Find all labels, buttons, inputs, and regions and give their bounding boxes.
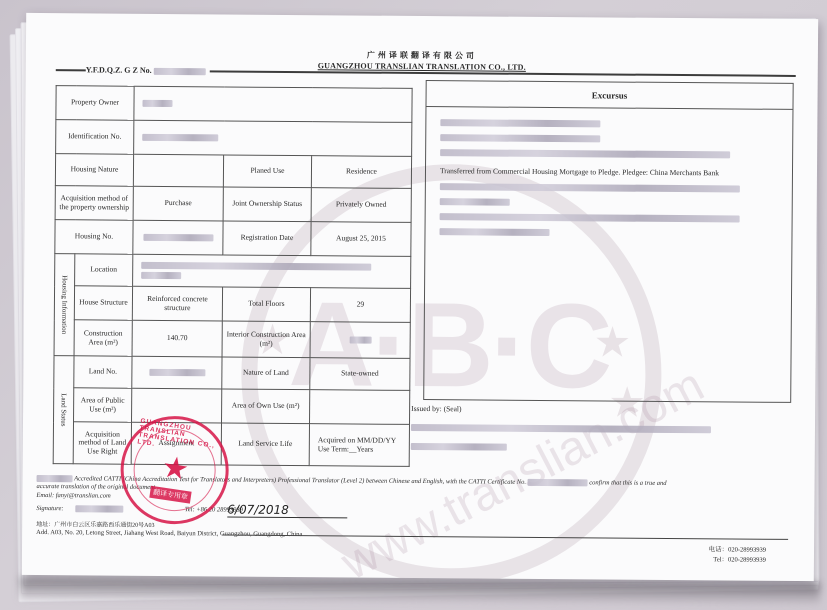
land-status-group: Land Status <box>53 356 74 464</box>
excursus-box: Excursus Transferred from Commercial Hou… <box>423 80 794 403</box>
contact-block: 电话：020-28993939 Tel：020-28993939 <box>708 545 766 565</box>
location-label: Location <box>75 254 133 286</box>
own-use-label: Area of Own Use (m²) <box>222 389 310 424</box>
identification-value <box>134 120 412 156</box>
nature-of-land-value: State-owned <box>310 358 410 391</box>
housing-nature-value <box>133 154 223 187</box>
tel-en: Tel：020-28993939 <box>708 555 765 565</box>
acquisition-value: Purchase <box>133 186 223 221</box>
stack-shadow <box>20 577 820 605</box>
planed-use-value: Residence <box>311 156 411 189</box>
seal-star-icon: ★ <box>159 449 191 488</box>
joint-ownership-label: Joint Ownership Status <box>223 187 311 222</box>
nature-of-land-label: Nature of Land <box>222 357 310 390</box>
property-info-table: Property Owner Identification No. Housin… <box>53 85 413 467</box>
construction-area-value: 140.70 <box>132 320 222 357</box>
tel-cn: 电话：020-28993939 <box>709 545 766 555</box>
house-structure-value: Reinforced concrete structure <box>132 286 222 321</box>
joint-ownership-value: Privately Owned <box>311 188 411 223</box>
address-en: Add. A03, No. 20, Letong Street, Jiahang… <box>36 529 302 538</box>
housing-information-group: Housing Information <box>54 254 75 356</box>
identification-label: Identification No. <box>56 120 134 155</box>
total-floors-value: 29 <box>310 288 410 323</box>
document-number-label: Y.F.D.Q.Z. G Z No. <box>86 65 152 75</box>
house-structure-label: House Structure <box>74 286 132 320</box>
construction-area-label: Construction Area (m²) <box>74 320 132 356</box>
land-service-life-value: Acquired on MM/DD/YY Use Term:__Years <box>309 424 409 467</box>
own-use-value <box>310 390 410 425</box>
property-owner-value <box>134 86 412 122</box>
signature-label: Signature: <box>36 505 63 512</box>
excursus-pledge-note: Transferred from Commercial Housing Mort… <box>440 166 778 178</box>
registration-date-value: August 25, 2015 <box>311 222 411 257</box>
excursus-body: Transferred from Commercial Housing Mort… <box>425 107 792 254</box>
location-value <box>133 254 411 288</box>
interior-area-value <box>310 322 410 359</box>
redacted-value <box>154 68 206 75</box>
total-floors-label: Total Floors <box>222 287 310 322</box>
land-no-value <box>132 356 222 389</box>
issued-by-label: Issued by: (Seal) <box>411 404 461 413</box>
housing-nature-label: Housing Nature <box>55 154 133 187</box>
certification-email: Email: fanyi@translian.com <box>36 492 110 500</box>
issued-by-value <box>411 418 711 456</box>
interior-area-label: Interior Construction Area (m²) <box>222 321 310 358</box>
registration-date-label: Registration Date <box>223 221 311 256</box>
document-number: Y.F.D.Q.Z. G Z No. <box>86 65 210 75</box>
land-no-label: Land No. <box>74 356 132 388</box>
acquisition-label: Acquisition method of the property owner… <box>55 186 133 221</box>
address-cn: 地址：广州市白云区乐嘉路西乐通街20号A03 <box>36 519 154 529</box>
planed-use-label: Planed Use <box>223 155 311 188</box>
excursus-title: Excursus <box>426 81 792 110</box>
footer-rule <box>222 534 788 539</box>
company-name-en: GUANGZHOU TRANSLIAN TRANSLATION CO., LTD… <box>318 61 526 72</box>
public-use-label: Area of Public Use (m²) <box>74 388 132 422</box>
handwritten-date: 6/07/2018 <box>227 502 347 518</box>
document-page: A·B·C www.translian.com ★ ★ ★ 广州译联翻译有限公司… <box>22 13 818 581</box>
housing-no-value <box>133 220 223 255</box>
land-service-life-label: Land Service Life <box>221 423 309 466</box>
housing-no-label: Housing No. <box>55 220 133 255</box>
property-owner-label: Property Owner <box>56 86 134 121</box>
